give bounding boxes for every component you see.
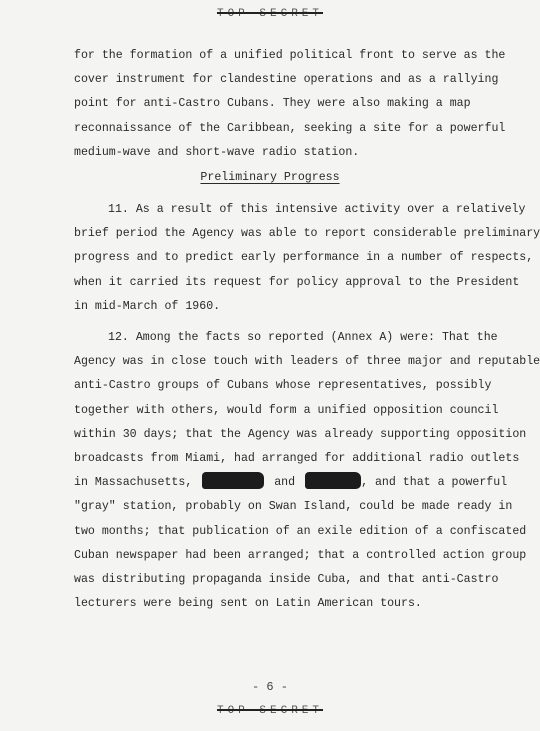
text-line: Agency was in close touch with leaders o… xyxy=(74,350,514,374)
text-line: broadcasts from Miami, had arranged for … xyxy=(74,447,514,471)
text-line: was distributing propaganda inside Cuba,… xyxy=(74,568,514,592)
section-heading-text: Preliminary Progress xyxy=(200,171,339,184)
paragraph-continued: for the formation of a unified political… xyxy=(74,44,514,165)
redaction-block xyxy=(202,472,264,489)
text-line: two months; that publication of an exile… xyxy=(74,520,514,544)
text-fragment: and xyxy=(274,476,295,489)
classification-footer: TOP SECRET xyxy=(0,705,540,717)
text-line: brief period the Agency was able to repo… xyxy=(74,222,514,246)
text-line: within 30 days; that the Agency was alre… xyxy=(74,423,514,447)
text-line: lecturers were being sent on Latin Ameri… xyxy=(74,592,514,616)
text-line: progress and to predict early performanc… xyxy=(74,246,514,270)
text-line: cover instrument for clandestine operati… xyxy=(74,68,514,92)
text-line: "gray" station, probably on Swan Island,… xyxy=(74,495,514,519)
document-page: TOP SECRET for the formation of a unifie… xyxy=(0,0,540,731)
text-line-redacted: in Massachusetts, and , and that a power… xyxy=(74,471,514,495)
text-line: for the formation of a unified political… xyxy=(74,44,514,68)
paragraph-12: 12. Among the facts so reported (Annex A… xyxy=(74,326,514,616)
text-line: 11. As a result of this intensive activi… xyxy=(74,198,514,222)
text-line: together with others, would form a unifi… xyxy=(74,399,514,423)
classification-footer-text: TOP SECRET xyxy=(217,705,323,717)
text-fragment: in Massachusetts, xyxy=(74,476,192,489)
text-line: point for anti-Castro Cubans. They were … xyxy=(74,92,514,116)
redaction-block xyxy=(305,472,361,489)
section-heading: Preliminary Progress xyxy=(0,171,540,184)
text-line: medium-wave and short-wave radio station… xyxy=(74,141,514,165)
paragraph-11: 11. As a result of this intensive activi… xyxy=(74,198,514,319)
text-line: reconnaissance of the Caribbean, seeking… xyxy=(74,117,514,141)
classification-header: TOP SECRET xyxy=(0,8,540,20)
page-number: - 6 - xyxy=(0,680,540,694)
text-fragment: , and that a powerful xyxy=(361,476,507,489)
text-line: in mid-March of 1960. xyxy=(74,295,514,319)
classification-header-text: TOP SECRET xyxy=(217,8,323,20)
text-line: anti-Castro groups of Cubans whose repre… xyxy=(74,374,514,398)
text-line: Cuban newspaper had been arranged; that … xyxy=(74,544,514,568)
text-line: when it carried its request for policy a… xyxy=(74,271,514,295)
text-line: 12. Among the facts so reported (Annex A… xyxy=(74,326,514,350)
